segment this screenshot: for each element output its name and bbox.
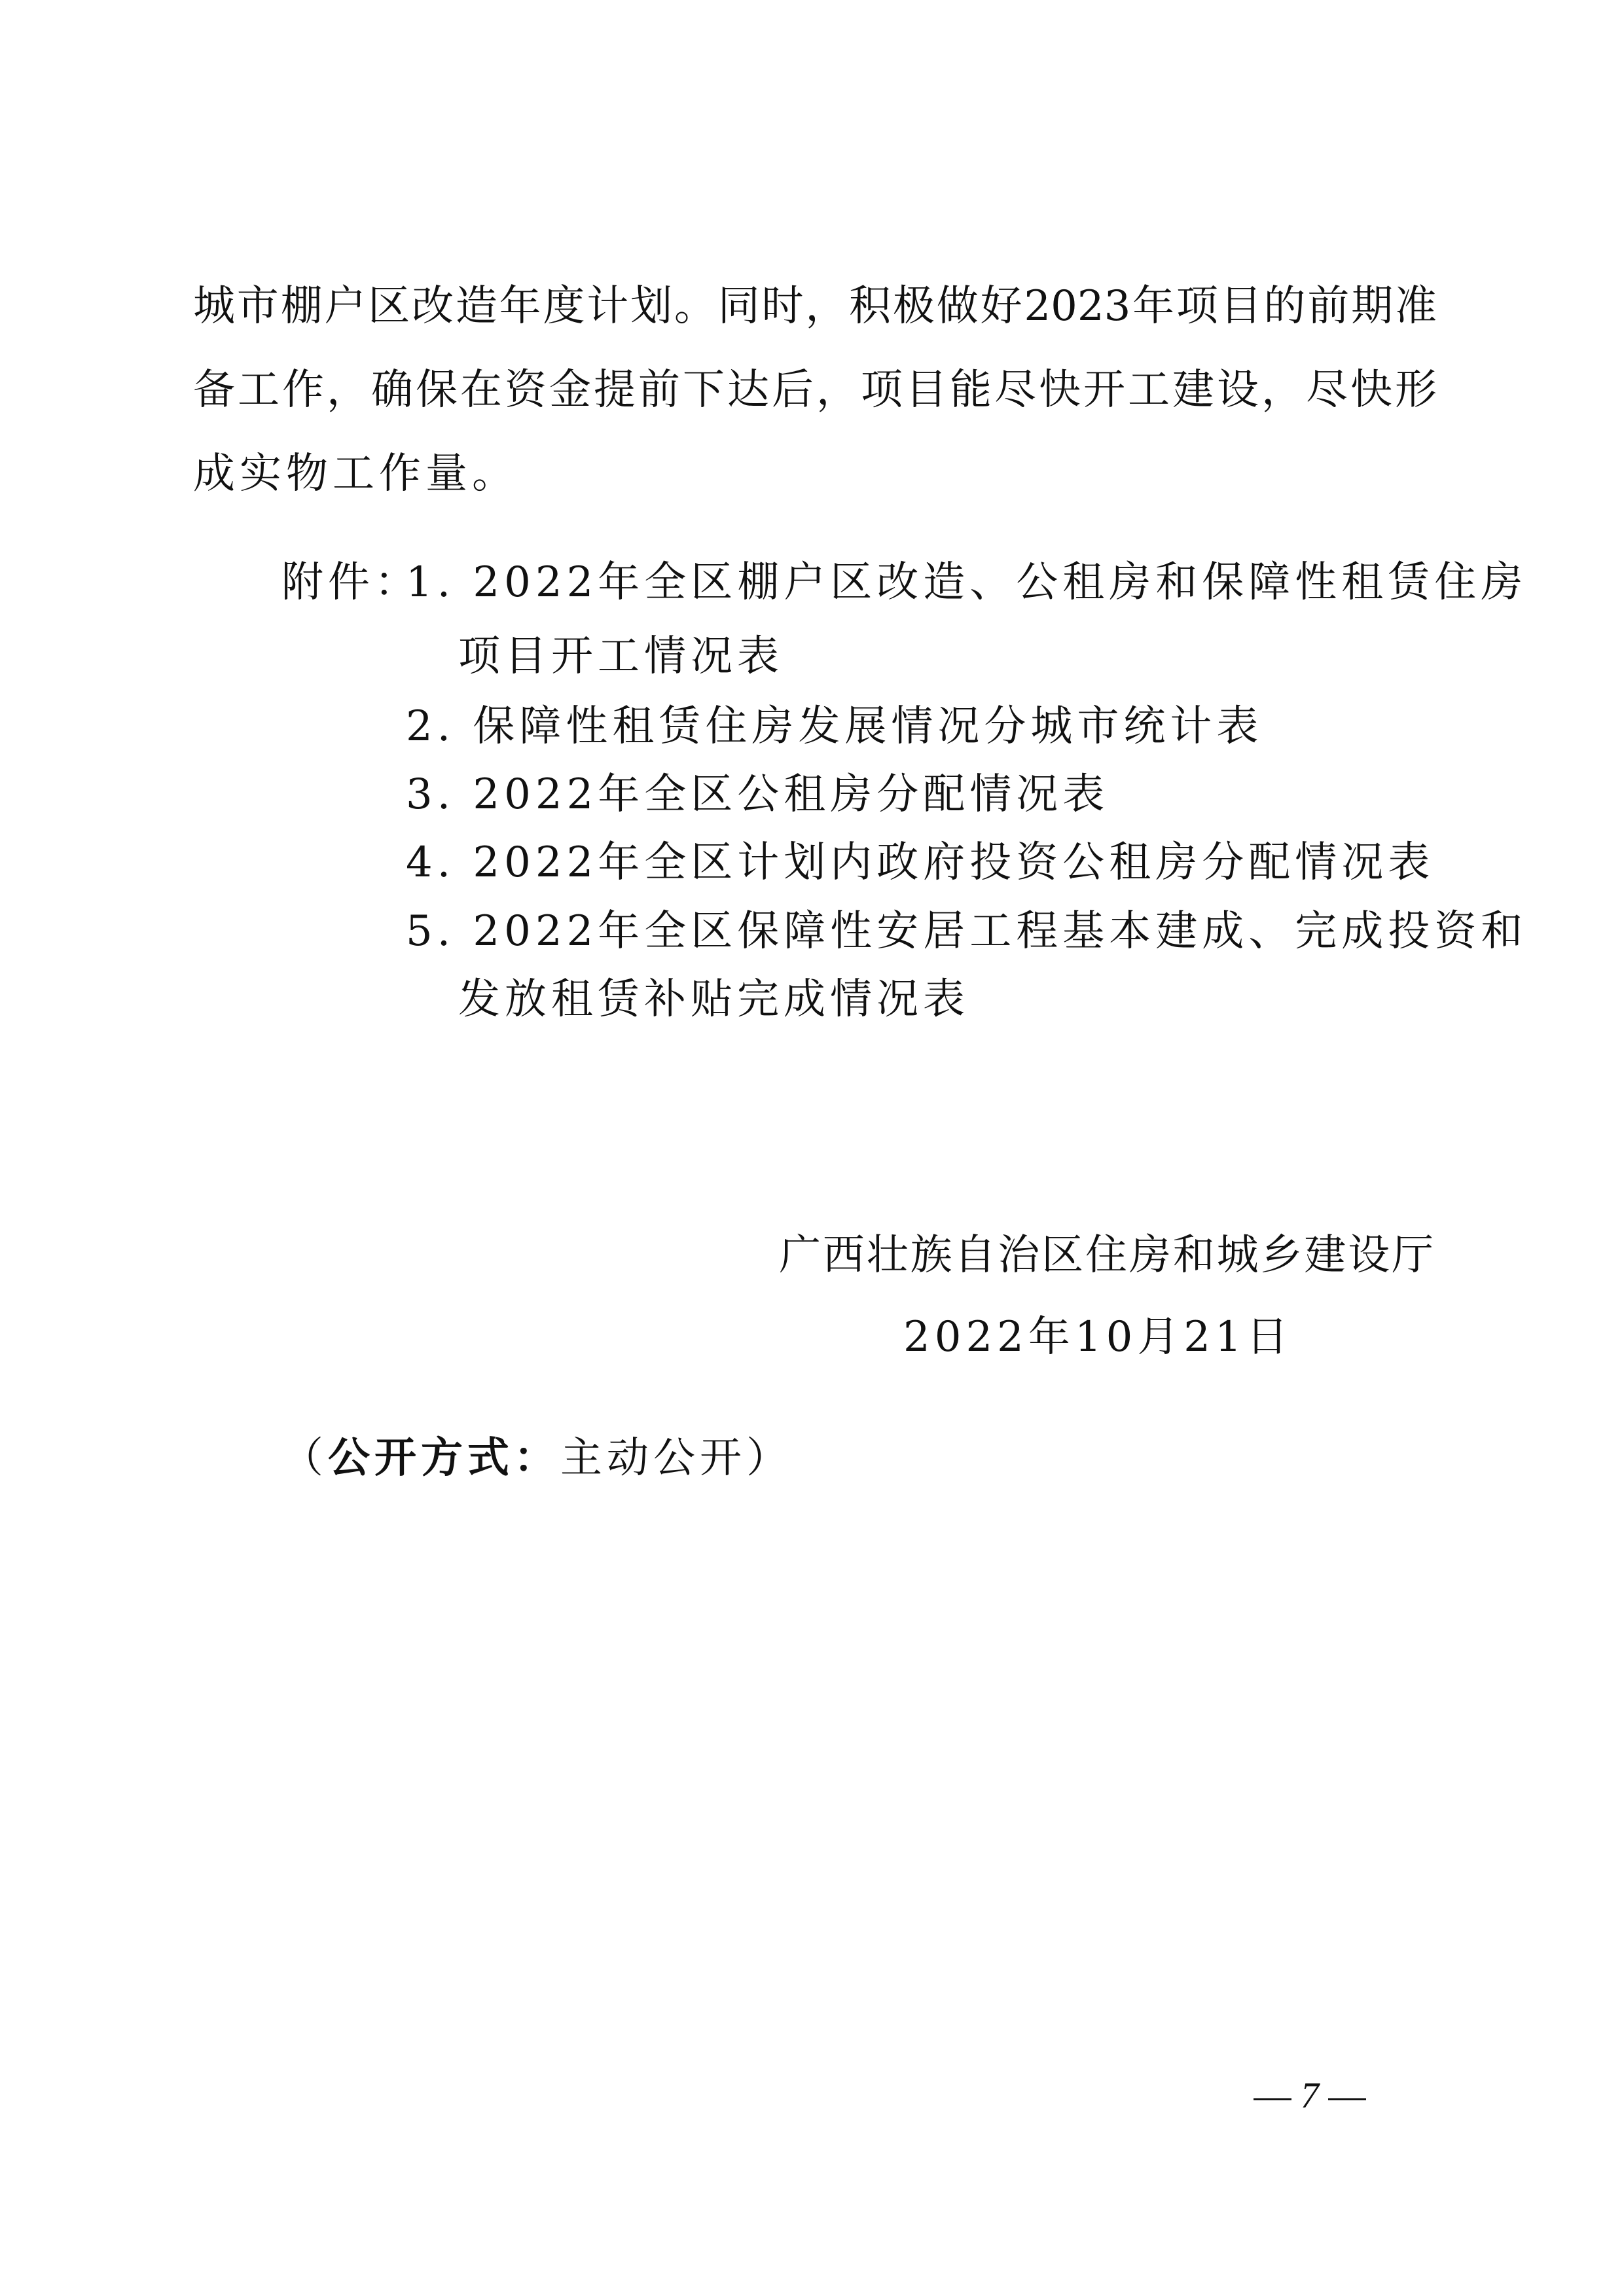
attachment-number: 5.: [406, 907, 455, 956]
attachment-number: 1.: [406, 558, 455, 607]
page-number: 7: [1254, 2070, 1366, 2122]
right-dash-icon: [1328, 2098, 1366, 2100]
disclosure-value: 主动公开: [560, 1434, 746, 1482]
attachment-item-5-line-2: 发放租赁补贴完成情况表: [458, 968, 969, 1031]
signature-date: 2022年10月21日: [903, 1306, 1293, 1369]
attachment-title-line-1: 2022年全区棚户区改造、公租房和保障性租赁住房: [473, 558, 1527, 607]
attachment-number: 2.: [406, 702, 455, 751]
attachment-title: 2022年全区公租房分配情况表: [473, 770, 1109, 819]
attachment-item-1-line-2: 项目开工情况表: [458, 625, 784, 688]
disclosure-label: 公开方式：: [328, 1434, 560, 1482]
attachment-item-1: 1. 2022年全区棚户区改造、公租房和保障性租赁住房: [406, 551, 1527, 614]
attachment-title-line-1: 2022年全区保障性安居工程基本建成、完成投资和: [473, 907, 1527, 956]
disclosure-note: （公开方式：主动公开）: [281, 1427, 793, 1490]
document-page: 城市棚户区改造年度计划。同时，积极做好2023年项目的前期准 备工作，确保在资金…: [0, 0, 1624, 2296]
attachment-number: 3.: [406, 770, 455, 819]
attachments-label: 附件：: [281, 551, 421, 614]
attachment-item-5: 5. 2022年全区保障性安居工程基本建成、完成投资和: [406, 900, 1527, 963]
body-paragraph-line-2: 备工作，确保在资金提前下达后，项目能尽快开工建设，尽快形: [193, 359, 1437, 422]
open-paren: （: [281, 1434, 328, 1482]
signature-organization: 广西壮族自治区住房和城乡建设厅: [779, 1224, 1434, 1287]
attachment-item-2: 2. 保障性租赁住房发展情况分城市统计表: [406, 695, 1263, 758]
page-number-value: 7: [1301, 2070, 1319, 2122]
attachment-title: 保障性租赁住房发展情况分城市统计表: [473, 702, 1263, 751]
attachment-title: 2022年全区计划内政府投资公租房分配情况表: [473, 838, 1434, 887]
close-paren: ）: [746, 1434, 793, 1482]
left-dash-icon: [1254, 2098, 1291, 2100]
attachment-item-3: 3. 2022年全区公租房分配情况表: [406, 763, 1109, 826]
attachment-number: 4.: [406, 838, 455, 887]
body-paragraph-line-3: 成实物工作量。: [193, 442, 518, 505]
body-paragraph-line-1: 城市棚户区改造年度计划。同时，积极做好2023年项目的前期准: [193, 275, 1437, 338]
attachment-item-4: 4. 2022年全区计划内政府投资公租房分配情况表: [406, 831, 1434, 894]
